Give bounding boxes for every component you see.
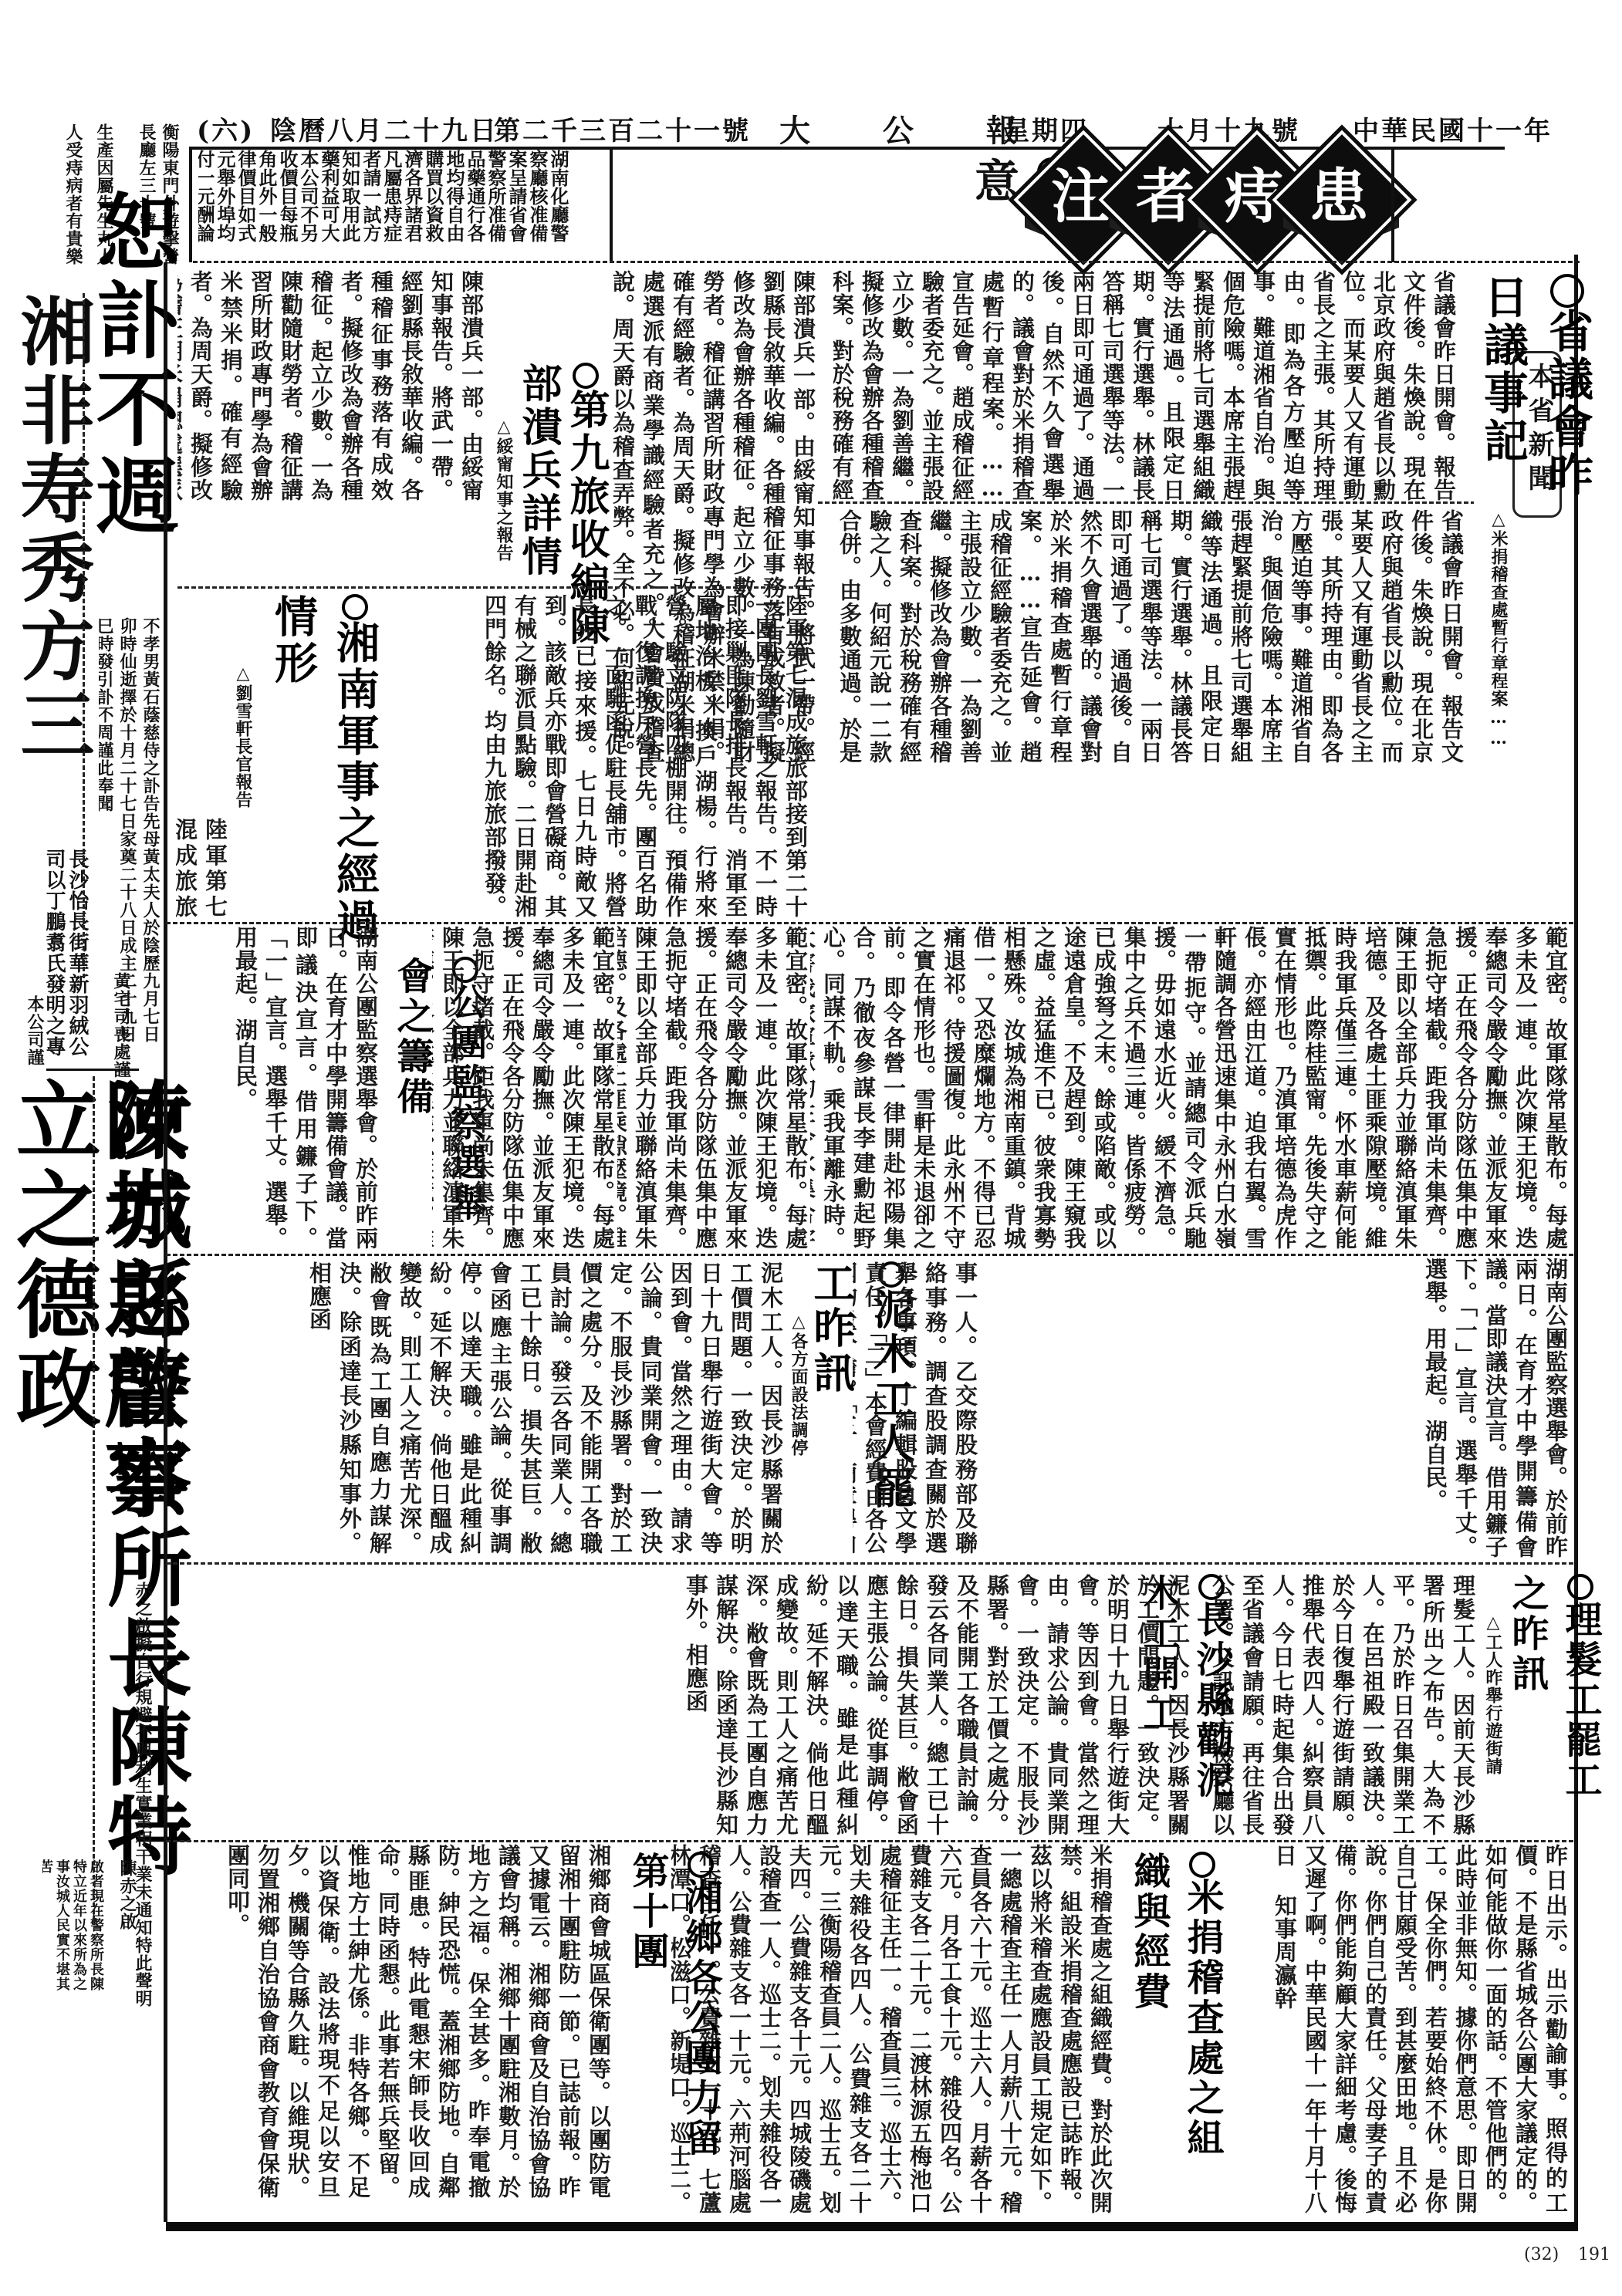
article-1-body: 省議會昨日開會。報告文件後。朱煥說。現在北京政府與趙省長以勳位。而某要人又有運動… — [833, 270, 1458, 501]
top-ad-right-border — [1391, 147, 1394, 262]
left-divider-a — [83, 293, 85, 980]
article-8-headline: 理髮工罷工之昨訊 — [1501, 1574, 1607, 1828]
article-2-body-top: 陳部潰兵一部。由綏甯知事報告。將武一帶。經劉縣長敘華收編。各種稽征事務落有成效者… — [177, 270, 486, 501]
top-ad-attention-char: 意 — [967, 157, 1019, 204]
article-9-body-cont: 昨日出示。出示勸諭事。照得的工價。不是縣省城各公團大家議定的。如何能做你一面的話… — [1173, 1844, 1570, 2214]
notice-body: 赤之啟擬自行規避不與利生實業相干業未通知特此聲明 — [130, 1582, 154, 2044]
article-6-body: 事一人。乙交際股務部及聯絡事務。調查股調查關於選舉各事項。丁編輯股負文學責任。「… — [853, 1261, 980, 1555]
article-2-subhead: △綏甯知事之報告 — [492, 417, 515, 571]
row-divider-1 — [166, 922, 1574, 924]
obituary-title: 恕訃不週 — [85, 189, 176, 606]
article-7-body: 泥木工人。因長沙縣署關於工價問題。一致決定。於明日十九日舉行遊街大會。等因到會。… — [176, 1261, 786, 1555]
article-8-subhead: △工人昨舉行遊街請願 — [1482, 1612, 1505, 1790]
article-1-subhead: △米捐稽查處暫行章程案……宣告延會 — [1485, 509, 1510, 764]
content-bottom-rule — [166, 2222, 1578, 2231]
top-ad-box-border — [189, 147, 192, 262]
bullet-circle-icon — [1198, 1574, 1225, 1600]
content-right-border — [1574, 255, 1578, 2222]
article-8-body: 理髮工人。因前天長沙縣署所出之布告。大為不平。乃於昨日召集開業工人。在呂祖殿一致… — [1211, 1574, 1478, 1836]
bullet-circle-icon — [1189, 1852, 1215, 1878]
bullet-circle-icon — [1550, 274, 1584, 308]
banner-tile-4: 患 — [1277, 139, 1408, 270]
article-5-body: 範宜密。故軍隊常星散布。每處多未及一連。此次陳王犯境。迭奉總司令嚴令勵撫。並派友… — [810, 926, 1570, 1250]
row-divider-3 — [166, 1562, 1574, 1565]
masthead-lunar-date: 陰曆八月二十九日 — [270, 110, 498, 147]
notice-small: 啟者現在警察所長陳特立近年以來所為之事汝城人民實不堪其苦 — [42, 1859, 104, 1998]
bullet-circle-icon — [573, 363, 599, 389]
left-rule-mid — [46, 1069, 139, 1071]
footer-page-index: (32) — [1524, 2245, 1559, 2264]
article-3-body-left: 陸軍第七混成旅旅部接到第二十一團團長劉雪軒之報告。不一時即接剿匪隊長排長報告。消… — [176, 818, 230, 918]
notice-sign: 陳赤之啟 — [116, 1859, 139, 1936]
article-5-body-left: 範宜密。故軍隊常星散布。每處多未及一連。此次陳王犯境。迭奉總司令嚴令勵撫。並派友… — [617, 926, 810, 1250]
article-1-body-cont: 省議會昨日開會。報告文件後。朱煥說。現在北京政府與趙省長以勳位。而某要人又有運動… — [833, 509, 1466, 764]
article-3-body: 陸軍第七混成旅旅部接到第二十一團團長劉雪軒之報告。不一時即接剿匪隊長排長報告。消… — [324, 594, 810, 918]
row-divider-2 — [166, 1254, 1574, 1256]
bullet-circle-icon — [688, 1852, 714, 1878]
article-6-body-top: 湖南公團監察選舉會。於前昨兩日。在育才中學開籌備會議。當即議決宣言。借用鐮子下。… — [980, 1258, 1570, 1558]
article-9-headline: 長沙縣勸泥木工開工 — [1200, 1574, 1238, 1828]
masthead-page-number: (六) — [197, 110, 255, 147]
left-divider-b — [93, 1076, 95, 1925]
ad-company-sign: 本公司謹啟 — [23, 995, 46, 1080]
top-ad-body: 湖南化廳警察廳核准備案呈請省會警察所准備品藥通行各地均得自由購買以資救濟各界諸君… — [198, 150, 569, 258]
masthead-issue: 第二千三百二十一號 — [494, 110, 751, 147]
content-left-border — [164, 262, 167, 2222]
article-1-headline: 省議會昨日議事記 — [1470, 274, 1600, 505]
top-ad-divider — [610, 147, 613, 262]
footer-page-number: 191 — [1578, 2245, 1610, 2264]
ad-company: 長沙怡長街華新羽絨公司以丁鵬翥氏發明之專利之機器 — [42, 849, 89, 1072]
article-3-subhead: △劉雪軒長官報告 — [231, 663, 255, 818]
top-ad: 湖南化廳警察廳核准備案呈請省會警察所准備品藥通行各地均得自由購買以資救濟各界諸君… — [189, 147, 1505, 262]
article-4-body: 湖南公團監察選舉會。於前昨兩日。在育才中學開籌備會議。當即議決宣言。借用鐮子下。… — [176, 926, 380, 1250]
article-11-body: 湘鄉商會城區保衛團等。以團防電留湘十團駐防一節。已誌前報。昨又據電云。湘鄉商會及… — [177, 1844, 613, 2199]
bullet-circle-icon — [1567, 1574, 1593, 1600]
article-4-body-right: 範宜密。故軍隊常星散布。每處多未及一連。此次陳王犯境。迭奉總司令嚴令勵撫。並派友… — [432, 926, 617, 1250]
ad-bottom-rule — [193, 261, 1582, 263]
row1-mid-rule — [177, 586, 810, 589]
article-10-body: 米捐稽查處之組織經費。對於此次開禁。組設米捐稽查處應設已誌昨報。茲以將米稽查處應… — [671, 1844, 1115, 2214]
article-11-headline: 湘鄉各公團力留第十團 — [621, 1852, 728, 2183]
row-divider-4 — [166, 1840, 1574, 1842]
row1-inner-rule — [818, 501, 1474, 504]
notice-big-b: 汝城縣警察所長陳特立之德政 — [6, 1076, 188, 1933]
article-10-headline: 米捐稽查處之組織與經費 — [1123, 1852, 1229, 2183]
banner-char: 患 — [1277, 147, 1401, 247]
article-6-subhead: △各方面設法調停 — [787, 1312, 810, 1497]
article-9-body: 泥木工人。因長沙縣署關於工價問題。一致決定。於明日十九日舉行遊街大會。等因到會。… — [177, 1574, 1192, 1836]
masthead-paper-name: 大 公 報 — [779, 106, 1048, 150]
